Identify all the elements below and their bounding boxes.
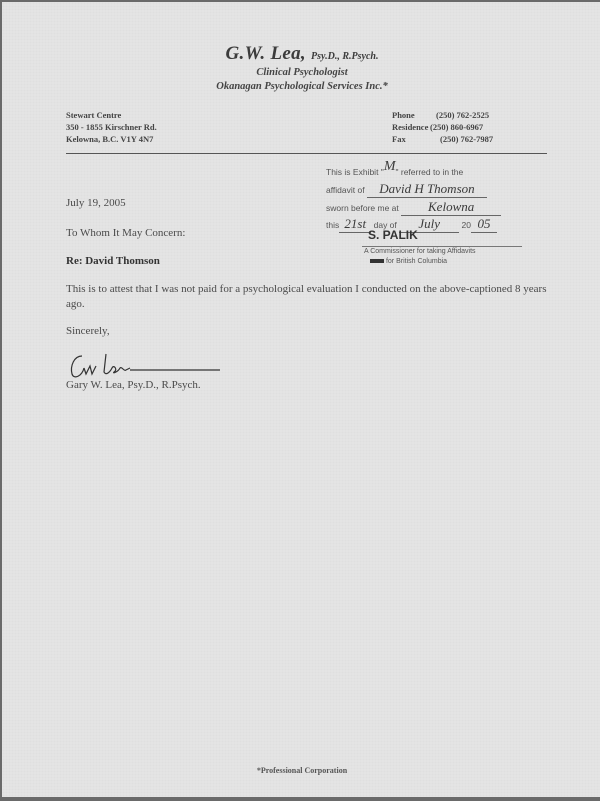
- stamp-text: for British Columbia: [386, 258, 447, 265]
- contact-block: Phone (250) 762-2525 Residence (250) 860…: [392, 109, 493, 145]
- address-block: Stewart Centre 350 - 1855 Kirschner Rd. …: [66, 109, 157, 145]
- psychologist-name: G.W. Lea,: [226, 43, 306, 64]
- stamp-day: 21st: [339, 216, 371, 233]
- stamp-affidavit-line: affidavit of David H Thomson: [326, 181, 487, 198]
- letter-page: G.W. Lea, Psy.D., R.Psych. Clinical Psyc…: [2, 2, 600, 797]
- stamp-sworn-line: sworn before me at Kelowna: [326, 199, 501, 216]
- stamp-text: this: [326, 220, 339, 230]
- letterhead-title: Clinical Psychologist: [2, 67, 600, 78]
- stamp-text: sworn before me at: [326, 203, 399, 213]
- exhibit-letter: M: [384, 159, 396, 174]
- footer-note: *Professional Corporation: [2, 766, 600, 775]
- letterhead-organization: Okanagan Psychological Services Inc.*: [2, 81, 600, 92]
- address-line: 350 - 1855 Kirschner Rd.: [66, 121, 157, 133]
- handwritten-signature: [68, 350, 228, 380]
- stamp-text: 20: [462, 220, 471, 230]
- commissioner-line1: A Commissioner for taking Affidavits: [364, 248, 476, 255]
- commissioner-line2: for British Columbia: [370, 258, 447, 265]
- contact-row: Residence (250) 860-6967: [392, 121, 493, 133]
- contact-row: Fax (250) 762-7987: [392, 133, 493, 145]
- credentials: Psy.D., R.Psych.: [311, 51, 378, 62]
- stamp-text: " referred to in the: [395, 167, 463, 177]
- contact-row: Phone (250) 762-2525: [392, 109, 493, 121]
- stamp-year: 05: [471, 216, 497, 233]
- salutation: To Whom It May Concern:: [66, 227, 185, 239]
- contact-label: Residence: [392, 121, 430, 133]
- redaction-mark: [370, 259, 384, 263]
- affidavit-name: David H Thomson: [367, 181, 487, 198]
- letterhead-name: G.W. Lea, Psy.D., R.Psych.: [2, 43, 600, 65]
- contact-value: (250) 762-7987: [440, 133, 493, 145]
- closing: Sincerely,: [66, 325, 110, 337]
- contact-label: Phone: [392, 109, 430, 121]
- stamp-exhibit-line: This is Exhibit "M" referred to in the: [326, 164, 463, 180]
- contact-label: Fax: [392, 133, 430, 145]
- contact-value: (250) 762-2525: [436, 109, 489, 121]
- sworn-place: Kelowna: [401, 199, 501, 216]
- letter-date: July 19, 2005: [66, 197, 126, 209]
- stamp-text: This is Exhibit ": [326, 167, 384, 177]
- address-line: Kelowna, B.C. V1Y 4N7: [66, 133, 157, 145]
- address-line: Stewart Centre: [66, 109, 157, 121]
- letter-body: This is to attest that I was not paid fo…: [66, 282, 551, 312]
- header-divider: [66, 153, 547, 154]
- contact-value: (250) 860-6967: [430, 121, 483, 133]
- stamp-text: affidavit of: [326, 185, 365, 195]
- signatory-name: Gary W. Lea, Psy.D., R.Psych.: [66, 379, 201, 391]
- subject-line: Re: David Thomson: [66, 255, 160, 267]
- commissioner-name: S. PALIK: [368, 228, 418, 242]
- commissioner-rule: [362, 246, 522, 247]
